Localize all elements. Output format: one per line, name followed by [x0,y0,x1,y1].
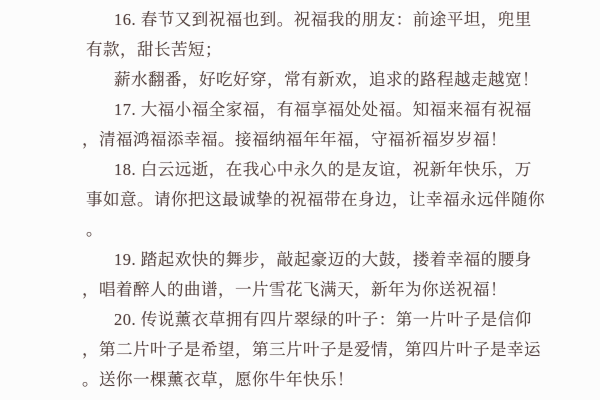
text-line-blessing-20-1: 20. 传说薰衣草拥有四片翠绿的叶子：第一片叶子是信仰 [86,305,510,335]
text-line-blessing-20-2: ，第二片叶子是希望，第三片叶子是爱情，第四片叶子是幸运 [82,335,510,365]
text-line-blessing-16-2: 有款，甜长苦短； [86,35,510,65]
document-page: 16. 春节又到祝福也到。祝福我的朋友：前途平坦，兜里 有款，甜长苦短； 薪水翻… [0,0,600,400]
text-line-blessing-19-2: ，唱着醉人的曲谱，一片雪花飞满天，新年为你送祝福！ [82,275,510,305]
text-line-blessing-17-1: 17. 大福小福全家福，有福享福处处福。知福来福有祝福 [86,95,510,125]
text-line-blessing-18-1: 18. 白云远逝，在我心中永久的是友谊，祝新年快乐，万 [86,155,510,185]
text-line-blessing-20-3: 。送你一棵薰衣草，愿你牛年快乐！ [82,365,510,395]
text-line-blessing-18-3: 。 [86,215,510,245]
text-line-blessing-16-1: 16. 春节又到祝福也到。祝福我的朋友：前途平坦，兜里 [86,5,510,35]
text-line-blessing-16-3: 薪水翻番，好吃好穿，常有新欢，追求的路程越走越宽！ [86,65,510,95]
text-line-blessing-18-2: 事如意。请你把这最诚挚的祝福带在身边，让幸福永远伴随你 [86,185,510,215]
text-line-blessing-19-1: 19. 踏起欢快的舞步，敲起豪迈的大鼓，搂着幸福的腰身 [86,245,510,275]
text-line-blessing-17-2: ，清福鸿福添幸福。接福纳福年年福，守福祈福岁岁福！ [82,125,510,155]
